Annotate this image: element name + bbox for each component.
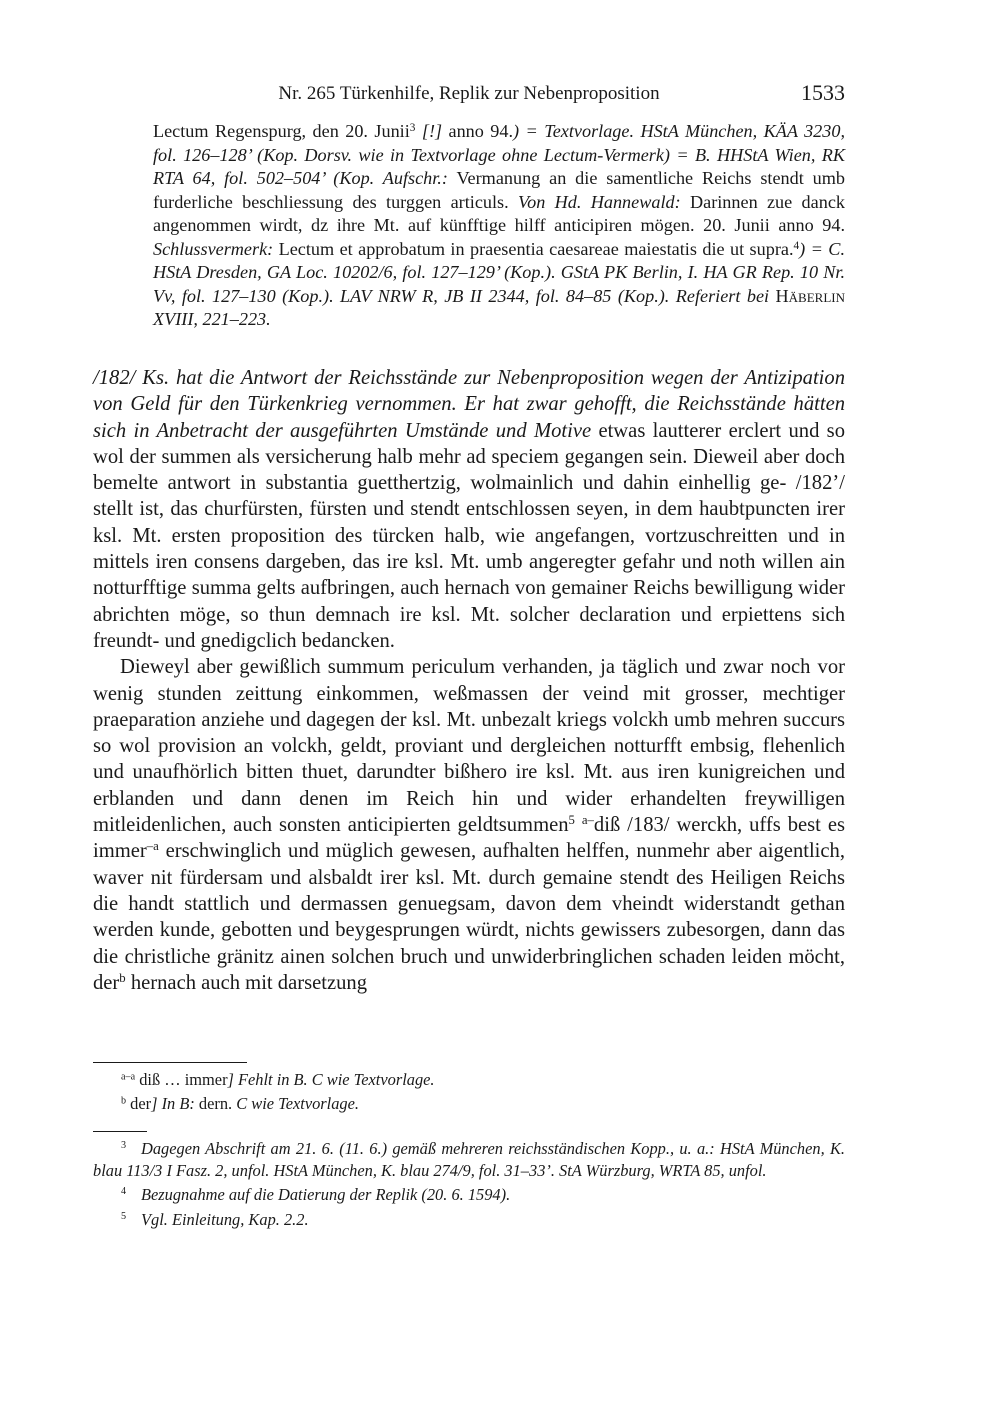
header-note-segment: XVIII, 221–223.: [153, 309, 271, 329]
textual-note-a: a–a diß … immer] Fehlt in B. C wie Textv…: [121, 1068, 845, 1092]
footnote-text: Vgl. Einleitung, Kap. 2.2.: [141, 1210, 309, 1229]
main-text: /182/ Ks. hat die Antwort der Reichsstän…: [93, 365, 845, 996]
note-lemma: der: [126, 1094, 151, 1113]
footnote-text: Bezugnahme auf die Datierung der Replik …: [141, 1185, 510, 1204]
textual-apparatus: a–a diß … immer] Fehlt in B. C wie Textv…: [121, 1068, 845, 1116]
source-text: Dieweyl aber gewißlich summum periculum …: [93, 656, 845, 836]
textual-note-b: b der] In B: dern. C wie Textvorlage.: [121, 1092, 845, 1116]
document-header-note: Lectum Regenspurg, den 20. Junii3 [!] an…: [153, 120, 845, 332]
header-note-segment: [!]: [415, 121, 442, 141]
footnote-text: Dagegen Abschrift am 21. 6. (11. 6.) gem…: [93, 1139, 845, 1180]
source-text: hernach auch mit darsetzung: [126, 972, 367, 994]
source-text: erschwinglich und müglich gewesen, aufha…: [93, 840, 845, 993]
running-title: Nr. 265 Türkenhilfe, Replik zur Nebenpro…: [93, 83, 845, 105]
header-note-segment: Von Hd. Hannewald:: [518, 192, 681, 212]
textual-notes-divider: [93, 1062, 247, 1063]
header-note-segment: anno 94.: [442, 121, 513, 141]
note-lemma: diß … immer: [135, 1070, 227, 1089]
footnotes: 3Dagegen Abschrift am 21. 6. (11. 6.) ge…: [93, 1138, 845, 1230]
note-comment: C wie Textvorlage.: [236, 1094, 359, 1113]
note-reading: dern.: [195, 1094, 236, 1113]
note-comment: ] In B:: [151, 1094, 195, 1113]
footnote-5: 5Vgl. Einleitung, Kap. 2.2.: [93, 1209, 845, 1231]
variant-mark-a-open[interactable]: a–: [582, 813, 594, 827]
author-name-haeberlin: Häberlin: [776, 286, 845, 306]
footnote-4: 4Bezugnahme auf die Datierung der Replik…: [93, 1184, 845, 1206]
footnote-ref-5[interactable]: 5: [569, 813, 575, 827]
variant-mark-a-close[interactable]: –a: [147, 839, 159, 853]
paragraph-2: Dieweyl aber gewißlich summum periculum …: [93, 654, 845, 996]
note-comment: ] Fehlt in B. C wie Textvorlage.: [228, 1070, 435, 1089]
header-note-segment: Lectum Regenspurg, den 20. Junii: [153, 121, 410, 141]
footnote-3: 3Dagegen Abschrift am 21. 6. (11. 6.) ge…: [93, 1138, 845, 1181]
footnotes-divider: [93, 1131, 147, 1132]
paragraph-1: /182/ Ks. hat die Antwort der Reichsstän…: [93, 365, 845, 654]
header-note-segment: Schlussvermerk:: [153, 239, 273, 259]
page-number: 1533: [801, 80, 845, 106]
source-text: etwas lautterer erclert und so wol der s…: [93, 420, 845, 652]
note-mark: a–a: [121, 1071, 135, 1082]
header-note-segment: Lectum et approbatum in praesentia caesa…: [273, 239, 793, 259]
running-head: Nr. 265 Türkenhilfe, Replik zur Nebenpro…: [93, 80, 845, 108]
